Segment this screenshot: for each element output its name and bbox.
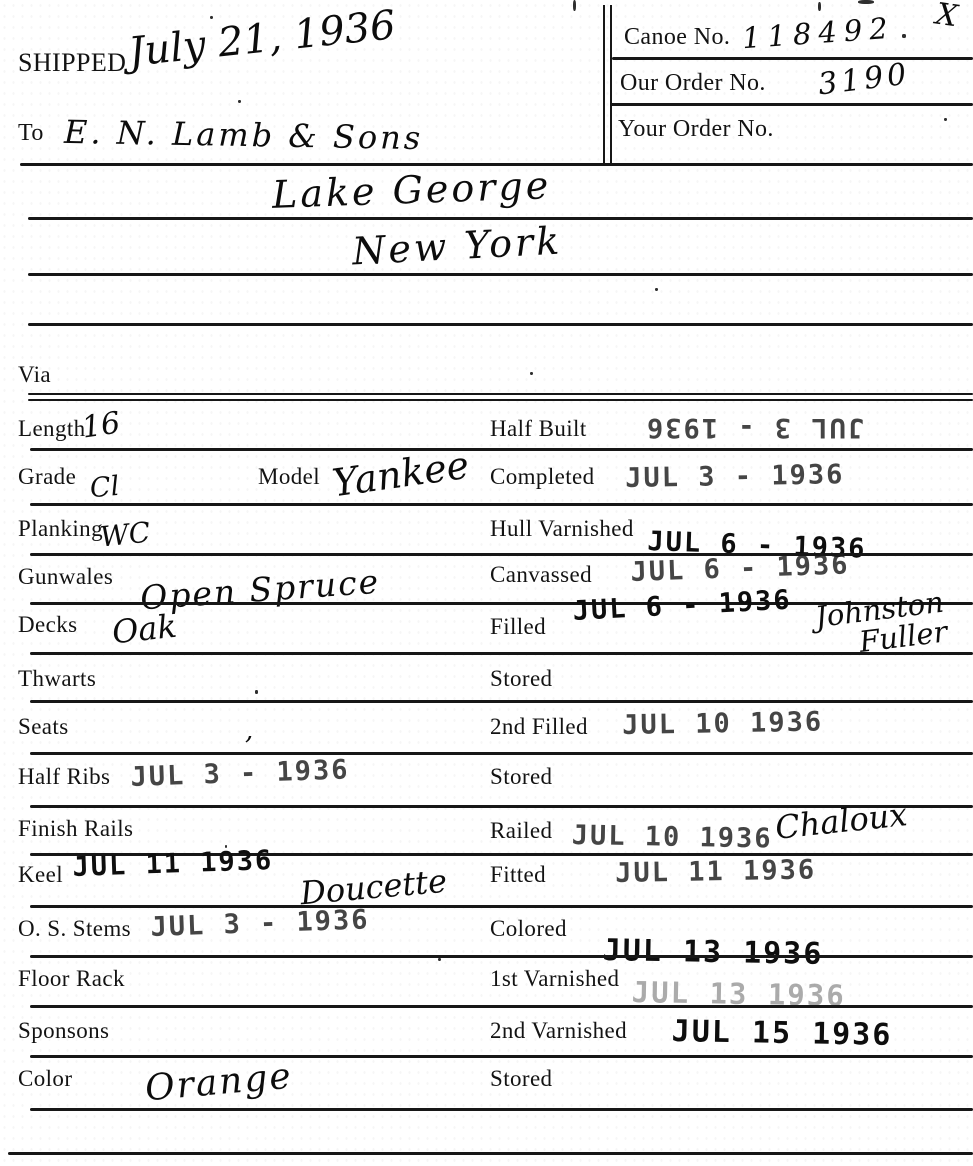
first-varnished-label: 1st Varnished bbox=[490, 966, 619, 992]
order-box-border-outer bbox=[603, 5, 605, 163]
your-order-no-label: Your Order No. bbox=[618, 116, 774, 143]
floor-rack-label: Floor Rack bbox=[18, 966, 125, 992]
canoe-no-value-handwriting: 118492 bbox=[741, 11, 896, 56]
our-order-no-label: Our Order No. bbox=[620, 70, 766, 97]
model-value-handwriting: Yankee bbox=[330, 443, 472, 506]
filled-label: Filled bbox=[490, 614, 546, 640]
rule-line bbox=[30, 1005, 973, 1008]
rule-line bbox=[612, 57, 973, 60]
half-built-label: Half Built bbox=[490, 416, 587, 442]
length-label: Length bbox=[18, 416, 86, 442]
thwarts-label: Thwarts bbox=[18, 666, 96, 692]
recipient-city-handwriting: Lake George bbox=[271, 163, 552, 217]
to-label: To bbox=[18, 120, 44, 147]
gunwales-label: Gunwales bbox=[18, 564, 113, 590]
completed-date-stamp: JUL 3 - 1936 bbox=[625, 459, 845, 494]
rule-line bbox=[610, 103, 973, 106]
scan-speck bbox=[818, 2, 821, 11]
fitted-label: Fitted bbox=[490, 862, 546, 888]
os-stems-date-stamp: JUL 3 - 1936 bbox=[150, 904, 370, 943]
stored-label-2: Stored bbox=[490, 764, 552, 790]
rule-line bbox=[30, 652, 973, 655]
rule-line-double-bottom bbox=[28, 399, 973, 401]
rule-line bbox=[30, 448, 973, 451]
keel-date-stamp: JUL 11 1936 bbox=[72, 845, 274, 883]
scan-speck bbox=[238, 100, 241, 103]
colored-label: Colored bbox=[490, 916, 567, 942]
our-order-no-value-handwriting: 3190 bbox=[816, 57, 912, 103]
decks-label: Decks bbox=[18, 612, 77, 638]
canvassed-date-stamp: JUL 6 - 1936 bbox=[630, 549, 850, 588]
scan-speck bbox=[210, 16, 213, 19]
colored-date-stamp: JUL 13 1936 bbox=[602, 933, 823, 972]
rule-line-bottom bbox=[8, 1152, 973, 1155]
scan-speck bbox=[655, 288, 658, 291]
color-value-handwriting: Orange bbox=[143, 1056, 294, 1110]
order-box-border-inner bbox=[610, 5, 612, 163]
fitted-date-stamp: JUL 11 1936 bbox=[615, 854, 816, 888]
keel-label: Keel bbox=[18, 862, 63, 888]
scan-speck bbox=[225, 845, 227, 848]
rule-line bbox=[28, 273, 973, 276]
gunwales-value-handwriting: Open Spruce bbox=[139, 562, 381, 618]
recipient-name-handwriting: E. N. Lamb & Sons bbox=[64, 113, 424, 157]
rule-line-double-top bbox=[28, 393, 973, 395]
rule-line bbox=[30, 1108, 973, 1111]
rule-line bbox=[30, 700, 973, 703]
grade-label: Grade bbox=[18, 464, 76, 490]
scan-speck bbox=[902, 34, 906, 38]
planking-label: Planking bbox=[18, 516, 103, 542]
half-ribs-label: Half Ribs bbox=[18, 764, 110, 790]
rule-line bbox=[30, 1055, 973, 1058]
rule-line bbox=[30, 752, 973, 755]
recipient-state-handwriting: New York bbox=[351, 219, 563, 274]
check-mark-handwriting: X bbox=[934, 0, 960, 34]
sponsons-label: Sponsons bbox=[18, 1018, 109, 1044]
os-stems-label: O. S. Stems bbox=[18, 916, 131, 942]
stored-label-3: Stored bbox=[490, 1066, 552, 1092]
scan-speck bbox=[438, 958, 441, 961]
scan-speck bbox=[530, 372, 533, 375]
railed-label: Railed bbox=[490, 818, 552, 844]
planking-value-handwriting: WC bbox=[98, 515, 151, 553]
length-value-handwriting: 16 bbox=[80, 406, 123, 446]
canoe-shipping-record-card: SHIPPED July 21, 1936 Canoe No. 118492 X… bbox=[0, 0, 973, 1166]
canoe-no-label: Canoe No. bbox=[624, 24, 730, 51]
rule-line bbox=[28, 323, 973, 326]
seats-stray-mark: , bbox=[245, 716, 253, 746]
scan-speck bbox=[944, 118, 947, 121]
scan-speck bbox=[573, 0, 576, 11]
shipped-label: SHIPPED bbox=[18, 48, 126, 78]
rule-line bbox=[30, 503, 973, 506]
second-filled-label: 2nd Filled bbox=[490, 714, 588, 740]
via-label: Via bbox=[18, 362, 51, 388]
model-label: Model bbox=[258, 464, 320, 490]
stored-label-1: Stored bbox=[490, 666, 552, 692]
color-label: Color bbox=[18, 1066, 72, 1092]
railed-date-stamp: JUL 10 1936 bbox=[571, 820, 772, 854]
rule-line bbox=[30, 905, 973, 908]
hull-varnished-label: Hull Varnished bbox=[490, 516, 634, 542]
second-filled-date-stamp: JUL 10 1936 bbox=[622, 706, 823, 740]
completed-label: Completed bbox=[490, 464, 595, 490]
scan-speck bbox=[858, 0, 874, 4]
second-varnished-label: 2nd Varnished bbox=[490, 1018, 627, 1044]
rule-line bbox=[28, 217, 973, 220]
railed-signature-handwriting: Chaloux bbox=[773, 795, 909, 847]
canvassed-label: Canvassed bbox=[490, 562, 592, 588]
grade-value-handwriting: Cl bbox=[89, 471, 121, 504]
rule-line bbox=[30, 955, 973, 958]
half-ribs-date-stamp: JUL 3 - 1936 bbox=[130, 754, 350, 793]
finish-rails-label: Finish Rails bbox=[18, 816, 133, 842]
seats-label: Seats bbox=[18, 714, 69, 740]
half-built-date-stamp: JUL 3 - 1936 bbox=[645, 412, 864, 443]
second-varnished-date-stamp: JUL 15 1936 bbox=[671, 1014, 892, 1053]
decks-value-handwriting: Oak bbox=[110, 607, 178, 652]
shipped-date-handwriting: July 21, 1936 bbox=[126, 2, 397, 76]
scan-speck bbox=[255, 690, 258, 694]
